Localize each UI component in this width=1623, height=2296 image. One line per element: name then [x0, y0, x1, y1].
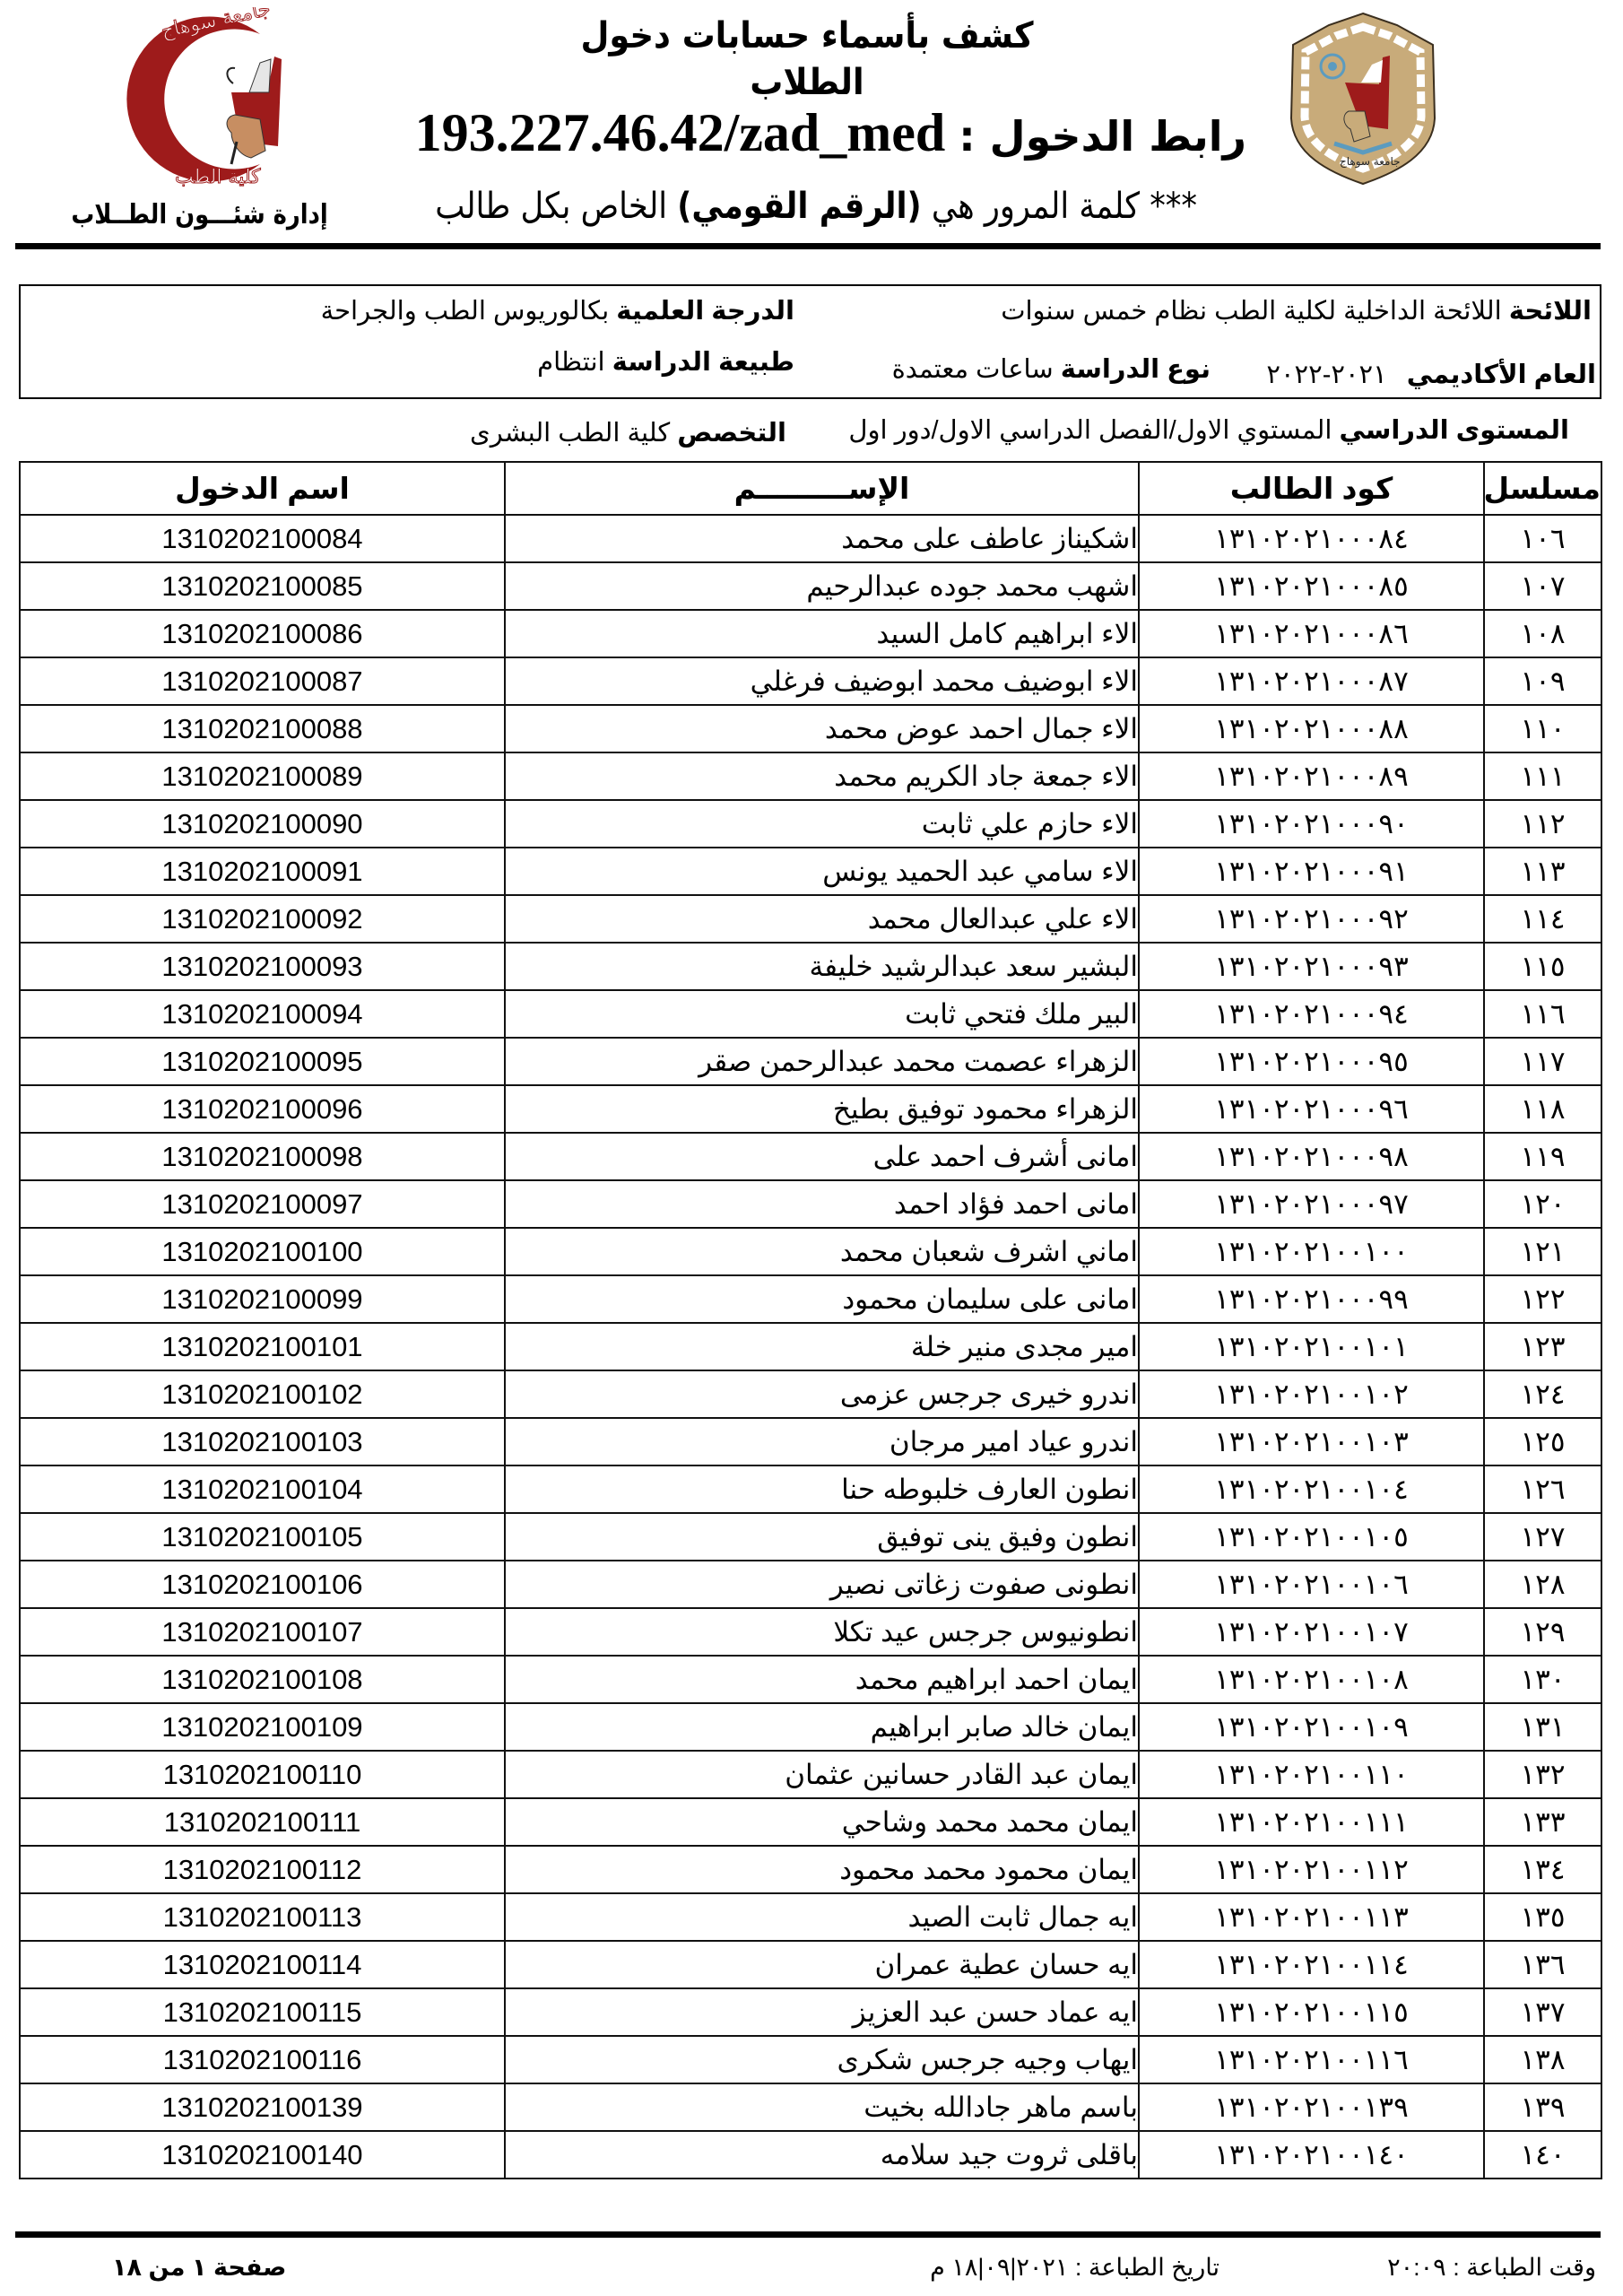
serial-cell: ١١١	[1484, 752, 1601, 800]
table-row: ١٠٧١٣١٠٢٠٢١٠٠٠٨٥اشهب محمد جوده عبدالرحيم…	[20, 562, 1601, 610]
page-title: كشف بأسماء حسابات دخول الطلاب	[526, 13, 1088, 106]
student-name-cell: اشهب محمد جوده عبدالرحيم	[505, 562, 1139, 610]
login-name-cell: 1310202100098	[20, 1133, 505, 1180]
serial-cell: ١١٠	[1484, 705, 1601, 752]
serial-cell: ١٠٩	[1484, 657, 1601, 705]
level-field: المستوى الدراسي المستوي الاول/الفصل الدر…	[848, 413, 1569, 448]
table-row: ١١٧١٣١٠٢٠٢١٠٠٠٩٥الزهراء عصمت محمد عبدالر…	[20, 1038, 1601, 1085]
student-name-cell: باقلى ثروت جيد سلامه	[505, 2131, 1139, 2179]
login-name-cell: 1310202100114	[20, 1941, 505, 1988]
serial-cell: ١٣٤	[1484, 1846, 1601, 1893]
table-row: ١٣٢١٣١٠٢٠٢١٠٠١١٠ايمان عبد القادر حسانين …	[20, 1751, 1601, 1798]
table-row: ١١٠١٣١٠٢٠٢١٠٠٠٨٨الاء جمال احمد عوض محمد1…	[20, 705, 1601, 752]
table-row: ١٢١١٣١٠٢٠٢١٠٠١٠٠اماني اشرف شعبان محمد131…	[20, 1228, 1601, 1275]
university-shield-icon: جامعة سوهاج	[1289, 11, 1436, 186]
login-url[interactable]: 193.227.46.42/zad_med	[415, 103, 946, 162]
student-code-cell: ١٣١٠٢٠٢١٠٠١٠٤	[1139, 1465, 1484, 1513]
login-url-label: رابط الدخول :	[959, 112, 1246, 161]
table-row: ١١٦١٣١٠٢٠٢١٠٠٠٩٤البير ملك فتحي ثابت13102…	[20, 990, 1601, 1038]
login-name-cell: 1310202100105	[20, 1513, 505, 1561]
column-header-login-name: اسم الدخول	[20, 462, 505, 515]
serial-cell: ١٢٧	[1484, 1513, 1601, 1561]
student-name-cell: انطون وفيق ينى توفيق	[505, 1513, 1139, 1561]
student-code-cell: ١٣١٠٢٠٢١٠٠٠٩٠	[1139, 800, 1484, 848]
student-name-cell: ايهاب وجيه جرجس شكرى	[505, 2036, 1139, 2083]
student-code-cell: ١٣١٠٢٠٢١٠٠٠٨٩	[1139, 752, 1484, 800]
serial-cell: ١٢٠	[1484, 1180, 1601, 1228]
study-nature-field: طبيعة الدراسة انتظام	[537, 344, 794, 380]
column-header-name: الإســـــــــم	[505, 462, 1139, 515]
regulation-field: اللائحة اللائحة الداخلية لكلية الطب نظام…	[1001, 293, 1592, 329]
print-date-label: تاريخ الطباعة :	[1075, 2254, 1219, 2281]
login-name-cell: 1310202100088	[20, 705, 505, 752]
student-accounts-table: مسلسل كود الطالب الإســـــــــم اسم الدخ…	[19, 461, 1602, 2179]
table-row: ١٢٢١٣١٠٢٠٢١٠٠٠٩٩امانى على سليمان محمود13…	[20, 1275, 1601, 1323]
table-row: ١٣١١٣١٠٢٠٢١٠٠١٠٩ايمان خالد صابر ابراهيم1…	[20, 1703, 1601, 1751]
student-code-cell: ١٣١٠٢٠٢١٠٠١٠٥	[1139, 1513, 1484, 1561]
student-name-cell: ايمان محمد محمد وشاحي	[505, 1798, 1139, 1846]
password-note: *** كلمة المرور هي (الرقم القومي) الخاص …	[503, 179, 1197, 233]
student-code-cell: ١٣١٠٢٠٢١٠٠١٠١	[1139, 1323, 1484, 1370]
student-name-cell: الزهراء محمود توفيق بطيخ	[505, 1085, 1139, 1133]
student-name-cell: انطونى صفوت زغاتى نصير	[505, 1561, 1139, 1608]
login-name-cell: 1310202100115	[20, 1988, 505, 2036]
serial-cell: ١٣٣	[1484, 1798, 1601, 1846]
student-name-cell: امير مجدى منير خلة	[505, 1323, 1139, 1370]
serial-cell: ١٠٨	[1484, 610, 1601, 657]
login-name-cell: 1310202100106	[20, 1561, 505, 1608]
login-name-cell: 1310202100097	[20, 1180, 505, 1228]
student-name-cell: امانى على سليمان محمود	[505, 1275, 1139, 1323]
serial-cell: ١٠٦	[1484, 515, 1601, 562]
student-code-cell: ١٣١٠٢٠٢١٠٠٠٩٨	[1139, 1133, 1484, 1180]
login-name-cell: 1310202100108	[20, 1656, 505, 1703]
login-name-cell: 1310202100092	[20, 895, 505, 943]
student-code-cell: ١٣١٠٢٠٢١٠٠١١٢	[1139, 1846, 1484, 1893]
student-code-cell: ١٣١٠٢٠٢١٠٠٠٩٥	[1139, 1038, 1484, 1085]
table-row: ١١١١٣١٠٢٠٢١٠٠٠٨٩الاء جمعة جاد الكريم محم…	[20, 752, 1601, 800]
column-header-student-code: كود الطالب	[1139, 462, 1484, 515]
table-row: ١١٢١٣١٠٢٠٢١٠٠٠٩٠الاء حازم علي ثابت131020…	[20, 800, 1601, 848]
student-code-cell: ١٣١٠٢٠٢١٠٠٠٨٦	[1139, 610, 1484, 657]
student-code-cell: ١٣١٠٢٠٢١٠٠٠٩٤	[1139, 990, 1484, 1038]
serial-cell: ١١٥	[1484, 943, 1601, 990]
serial-cell: ١٢٦	[1484, 1465, 1601, 1513]
specialization-value: كلية الطب البشرى	[470, 419, 670, 448]
print-time: وقت الطباعة : ٢٠:٠٩	[1387, 2249, 1596, 2285]
login-name-cell: 1310202100107	[20, 1608, 505, 1656]
login-name-cell: 1310202100112	[20, 1846, 505, 1893]
specialization-label: التخصص	[677, 419, 786, 448]
academic-year-field: العام الأكاديمي ٢٠٢١-٢٠٢٢	[1266, 357, 1596, 393]
student-code-cell: ١٣١٠٢٠٢١٠٠١١٦	[1139, 2036, 1484, 2083]
login-name-cell: 1310202100103	[20, 1418, 505, 1465]
login-name-cell: 1310202100140	[20, 2131, 505, 2179]
student-name-cell: الاء حازم علي ثابت	[505, 800, 1139, 848]
table-row: ١٢٧١٣١٠٢٠٢١٠٠١٠٥انطون وفيق ينى توفيق1310…	[20, 1513, 1601, 1561]
level-label: المستوى الدراسي	[1339, 416, 1569, 445]
login-name-cell: 1310202100139	[20, 2083, 505, 2131]
print-time-value: ٢٠:٠٩	[1387, 2254, 1446, 2281]
table-row: ١١٣١٣١٠٢٠٢١٠٠٠٩١الاء سامي عبد الحميد يون…	[20, 848, 1601, 895]
study-type-field: نوع الدراسة ساعات معتمدة	[892, 352, 1211, 387]
specialization-field: التخصص كلية الطب البشرى	[470, 415, 786, 451]
serial-cell: ١٢٢	[1484, 1275, 1601, 1323]
student-code-cell: ١٣١٠٢٠٢١٠٠٠٩٢	[1139, 895, 1484, 943]
login-name-cell: 1310202100100	[20, 1228, 505, 1275]
student-code-cell: ١٣١٠٢٠٢١٠٠١٣٩	[1139, 2083, 1484, 2131]
serial-cell: ١٢٣	[1484, 1323, 1601, 1370]
student-name-cell: البشير سعد عبدالرشيد خليفة	[505, 943, 1139, 990]
login-name-cell: 1310202100099	[20, 1275, 505, 1323]
table-row: ١٢٦١٣١٠٢٠٢١٠٠١٠٤انطون العارف خلبوطه حنا1…	[20, 1465, 1601, 1513]
study-nature-value: انتظام	[537, 348, 604, 377]
password-note-highlight: (الرقم القومي)	[677, 186, 921, 227]
student-code-cell: ١٣١٠٢٠٢١٠٠٠٩٣	[1139, 943, 1484, 990]
serial-cell: ١٤٠	[1484, 2131, 1601, 2179]
level-value: المستوي الاول/الفصل الدراسي الاول/دور او…	[848, 416, 1332, 445]
student-code-cell: ١٣١٠٢٠٢١٠٠١٠٠	[1139, 1228, 1484, 1275]
student-name-cell: انطون العارف خلبوطه حنا	[505, 1465, 1139, 1513]
crescent-pharaoh-icon: جامعة سوهاج كلية الطب	[126, 7, 296, 187]
table-row: ١٢٥١٣١٠٢٠٢١٠٠١٠٣اندرو عياد امير مرجان131…	[20, 1418, 1601, 1465]
login-name-cell: 1310202100116	[20, 2036, 505, 2083]
table-row: ١٢٨١٣١٠٢٠٢١٠٠١٠٦انطونى صفوت زغاتى نصير13…	[20, 1561, 1601, 1608]
student-code-cell: ١٣١٠٢٠٢١٠٠١١٥	[1139, 1988, 1484, 2036]
login-name-cell: 1310202100084	[20, 515, 505, 562]
faculty-of-medicine-logo: جامعة سوهاج كلية الطب	[126, 7, 296, 187]
student-name-cell: الاء جمعة جاد الكريم محمد	[505, 752, 1139, 800]
student-name-cell: امانى احمد فؤاد احمد	[505, 1180, 1139, 1228]
student-name-cell: ايمان عبد القادر حسانين عثمان	[505, 1751, 1139, 1798]
student-code-cell: ١٣١٠٢٠٢١٠٠١١٤	[1139, 1941, 1484, 1988]
page-indicator: صفحة ١ من ١٨	[112, 2249, 286, 2285]
degree-value: بكالوريوس الطب والجراحة	[321, 297, 610, 326]
academic-year-label: العام الأكاديمي	[1407, 361, 1596, 389]
svg-text:جامعة سوهاج: جامعة سوهاج	[160, 7, 273, 43]
table-row: ١١٨١٣١٠٢٠٢١٠٠٠٩٦الزهراء محمود توفيق بطيخ…	[20, 1085, 1601, 1133]
student-name-cell: ايمان احمد ابراهيم محمد	[505, 1656, 1139, 1703]
study-nature-label: طبيعة الدراسة	[612, 348, 794, 377]
table-row: ١١٩١٣١٠٢٠٢١٠٠٠٩٨امانى أشرف احمد على13102…	[20, 1133, 1601, 1180]
student-code-cell: ١٣١٠٢٠٢١٠٠٠٨٨	[1139, 705, 1484, 752]
serial-cell: ١١٦	[1484, 990, 1601, 1038]
table-row: ١٢٩١٣١٠٢٠٢١٠٠١٠٧انطونيوس جرجس عيد تكلا13…	[20, 1608, 1601, 1656]
student-name-cell: ايمان خالد صابر ابراهيم	[505, 1703, 1139, 1751]
login-name-cell: 1310202100096	[20, 1085, 505, 1133]
regulation-label: اللائحة	[1509, 297, 1592, 326]
login-name-cell: 1310202100087	[20, 657, 505, 705]
login-name-cell: 1310202100094	[20, 990, 505, 1038]
student-code-cell: ١٣١٠٢٠٢١٠٠١١٠	[1139, 1751, 1484, 1798]
serial-cell: ١٢٩	[1484, 1608, 1601, 1656]
student-name-cell: الاء ابوضيف محمد ابوضيف فرغلي	[505, 657, 1139, 705]
serial-cell: ١٣٢	[1484, 1751, 1601, 1798]
serial-cell: ١١٩	[1484, 1133, 1601, 1180]
student-code-cell: ١٣١٠٢٠٢١٠٠٠٨٤	[1139, 515, 1484, 562]
serial-cell: ١٢٨	[1484, 1561, 1601, 1608]
study-type-label: نوع الدراسة	[1061, 355, 1211, 384]
department-name: إدارة شئـــون الطــلاب	[104, 196, 327, 235]
svg-text:كلية الطب: كلية الطب	[175, 166, 261, 187]
login-name-cell: 1310202100085	[20, 562, 505, 610]
password-note-prefix: *** كلمة المرور هي	[932, 186, 1197, 227]
student-code-cell: ١٣١٠٢٠٢١٠٠١٤٠	[1139, 2131, 1484, 2179]
serial-cell: ١١٣	[1484, 848, 1601, 895]
student-name-cell: ايه حسان عطية عمران	[505, 1941, 1139, 1988]
degree-field: الدرجة العلمية بكالوريوس الطب والجراحة	[321, 293, 794, 329]
serial-cell: ١٢٤	[1484, 1370, 1601, 1418]
table-row: ١٣٧١٣١٠٢٠٢١٠٠١١٥ايه عماد حسن عبد العزيز1…	[20, 1988, 1601, 2036]
student-name-cell: الاء جمال احمد عوض محمد	[505, 705, 1139, 752]
student-name-cell: اندرو خيرى جرجس عزمى	[505, 1370, 1139, 1418]
student-name-cell: اماني اشرف شعبان محمد	[505, 1228, 1139, 1275]
table-row: ١٠٨١٣١٠٢٠٢١٠٠٠٨٦الاء ابراهيم كامل السيد1…	[20, 610, 1601, 657]
serial-cell: ١٣١	[1484, 1703, 1601, 1751]
login-name-cell: 1310202100111	[20, 1798, 505, 1846]
student-name-cell: الاء علي عبدالعال محمد	[505, 895, 1139, 943]
login-name-cell: 1310202100093	[20, 943, 505, 990]
student-code-cell: ١٣١٠٢٠٢١٠٠١٠٢	[1139, 1370, 1484, 1418]
student-name-cell: امانى أشرف احمد على	[505, 1133, 1139, 1180]
password-note-suffix: الخاص بكل طالب	[435, 186, 667, 227]
study-type-value: ساعات معتمدة	[892, 355, 1054, 384]
student-code-cell: ١٣١٠٢٠٢١٠٠١٠٧	[1139, 1608, 1484, 1656]
login-name-cell: 1310202100102	[20, 1370, 505, 1418]
student-name-cell: باسم ماهر جادالله بخيت	[505, 2083, 1139, 2131]
student-code-cell: ١٣١٠٢٠٢١٠٠١٠٩	[1139, 1703, 1484, 1751]
student-code-cell: ١٣١٠٢٠٢١٠٠٠٨٧	[1139, 657, 1484, 705]
table-row: ١٣٠١٣١٠٢٠٢١٠٠١٠٨ايمان احمد ابراهيم محمد1…	[20, 1656, 1601, 1703]
login-name-cell: 1310202100110	[20, 1751, 505, 1798]
table-row: ١١٥١٣١٠٢٠٢١٠٠٠٩٣البشير سعد عبدالرشيد خلي…	[20, 943, 1601, 990]
student-name-cell: اشكيناز عاطف على محمد	[505, 515, 1139, 562]
footer-divider	[15, 2231, 1601, 2238]
serial-cell: ١٢٥	[1484, 1418, 1601, 1465]
serial-cell: ١١٢	[1484, 800, 1601, 848]
serial-cell: ١٣٥	[1484, 1893, 1601, 1941]
login-name-cell: 1310202100113	[20, 1893, 505, 1941]
student-name-cell: الاء سامي عبد الحميد يونس	[505, 848, 1139, 895]
student-code-cell: ١٣١٠٢٠٢١٠٠٠٩٧	[1139, 1180, 1484, 1228]
serial-cell: ١١٤	[1484, 895, 1601, 943]
student-code-cell: ١٣١٠٢٠٢١٠٠٠٩٩	[1139, 1275, 1484, 1323]
login-name-cell: 1310202100086	[20, 610, 505, 657]
table-row: ١٣٨١٣١٠٢٠٢١٠٠١١٦ايهاب وجيه جرجس شكرى1310…	[20, 2036, 1601, 2083]
table-row: ١١٤١٣١٠٢٠٢١٠٠٠٩٢الاء علي عبدالعال محمد13…	[20, 895, 1601, 943]
serial-cell: ١٣٦	[1484, 1941, 1601, 1988]
student-code-cell: ١٣١٠٢٠٢١٠٠١١١	[1139, 1798, 1484, 1846]
student-name-cell: انطونيوس جرجس عيد تكلا	[505, 1608, 1139, 1656]
student-name-cell: ايه عماد حسن عبد العزيز	[505, 1988, 1139, 2036]
login-name-cell: 1310202100109	[20, 1703, 505, 1751]
degree-label: الدرجة العلمية	[616, 297, 794, 326]
column-header-serial: مسلسل	[1484, 462, 1601, 515]
login-name-cell: 1310202100095	[20, 1038, 505, 1085]
student-code-cell: ١٣١٠٢٠٢١٠٠٠٩٦	[1139, 1085, 1484, 1133]
table-row: ١٣٥١٣١٠٢٠٢١٠٠١١٣ايه جمال ثابت الصيد13102…	[20, 1893, 1601, 1941]
student-name-cell: البير ملك فتحي ثابت	[505, 990, 1139, 1038]
table-row: ١٢٠١٣١٠٢٠٢١٠٠٠٩٧امانى احمد فؤاد احمد1310…	[20, 1180, 1601, 1228]
student-code-cell: ١٣١٠٢٠٢١٠٠١١٣	[1139, 1893, 1484, 1941]
login-name-cell: 1310202100089	[20, 752, 505, 800]
serial-cell: ١٣٧	[1484, 1988, 1601, 2036]
student-code-cell: ١٣١٠٢٠٢١٠٠١٠٨	[1139, 1656, 1484, 1703]
table-header-row: مسلسل كود الطالب الإســـــــــم اسم الدخ…	[20, 462, 1601, 515]
student-name-cell: ايه جمال ثابت الصيد	[505, 1893, 1139, 1941]
login-name-cell: 1310202100101	[20, 1323, 505, 1370]
academic-year-value: ٢٠٢١-٢٠٢٢	[1266, 361, 1386, 389]
login-url-line: رابط الدخول : 193.227.46.42/zad_med	[421, 100, 1246, 169]
login-name-cell: 1310202100104	[20, 1465, 505, 1513]
student-name-cell: الزهراء عصمت محمد عبدالرحمن صقر	[505, 1038, 1139, 1085]
student-name-cell: ايمان محمود محمد محمود	[505, 1846, 1139, 1893]
student-code-cell: ١٣١٠٢٠٢١٠٠٠٩١	[1139, 848, 1484, 895]
serial-cell: ١١٧	[1484, 1038, 1601, 1085]
table-row: ١٣٩١٣١٠٢٠٢١٠٠١٣٩باسم ماهر جادالله بخيت13…	[20, 2083, 1601, 2131]
table-row: ١٠٩١٣١٠٢٠٢١٠٠٠٨٧الاء ابوضيف محمد ابوضيف …	[20, 657, 1601, 705]
table-row: ١٠٦١٣١٠٢٠٢١٠٠٠٨٤اشكيناز عاطف على محمد131…	[20, 515, 1601, 562]
print-date: تاريخ الطباعة : ٢٠٢١|٠٩|١٨ م	[930, 2249, 1219, 2285]
table-row: ١٢٤١٣١٠٢٠٢١٠٠١٠٢اندرو خيرى جرجس عزمى1310…	[20, 1370, 1601, 1418]
sohag-university-logo: جامعة سوهاج	[1289, 11, 1436, 186]
regulation-value: اللائحة الداخلية لكلية الطب نظام خمس سنو…	[1001, 297, 1502, 326]
student-name-cell: الاء ابراهيم كامل السيد	[505, 610, 1139, 657]
header-divider	[15, 243, 1601, 249]
svg-text:جامعة سوهاج: جامعة سوهاج	[1340, 155, 1401, 169]
table-row: ١٣٤١٣١٠٢٠٢١٠٠١١٢ايمان محمود محمد محمود13…	[20, 1846, 1601, 1893]
serial-cell: ١٣٨	[1484, 2036, 1601, 2083]
student-name-cell: اندرو عياد امير مرجان	[505, 1418, 1139, 1465]
print-time-label: وقت الطباعة :	[1453, 2254, 1596, 2281]
table-row: ١٣٦١٣١٠٢٠٢١٠٠١١٤ايه حسان عطية عمران13102…	[20, 1941, 1601, 1988]
student-code-cell: ١٣١٠٢٠٢١٠٠١٠٣	[1139, 1418, 1484, 1465]
serial-cell: ١٢١	[1484, 1228, 1601, 1275]
table-row: ١٤٠١٣١٠٢٠٢١٠٠١٤٠باقلى ثروت جيد سلامه1310…	[20, 2131, 1601, 2179]
student-code-cell: ١٣١٠٢٠٢١٠٠٠٨٥	[1139, 562, 1484, 610]
login-name-cell: 1310202100090	[20, 800, 505, 848]
print-date-value: ٢٠٢١|٠٩|١٨ م	[930, 2254, 1068, 2281]
serial-cell: ١١٨	[1484, 1085, 1601, 1133]
serial-cell: ١٣٩	[1484, 2083, 1601, 2131]
login-name-cell: 1310202100091	[20, 848, 505, 895]
table-row: ١٢٣١٣١٠٢٠٢١٠٠١٠١امير مجدى منير خلة131020…	[20, 1323, 1601, 1370]
student-code-cell: ١٣١٠٢٠٢١٠٠١٠٦	[1139, 1561, 1484, 1608]
serial-cell: ١٣٠	[1484, 1656, 1601, 1703]
table-row: ١٣٣١٣١٠٢٠٢١٠٠١١١ايمان محمد محمد وشاحي131…	[20, 1798, 1601, 1846]
serial-cell: ١٠٧	[1484, 562, 1601, 610]
